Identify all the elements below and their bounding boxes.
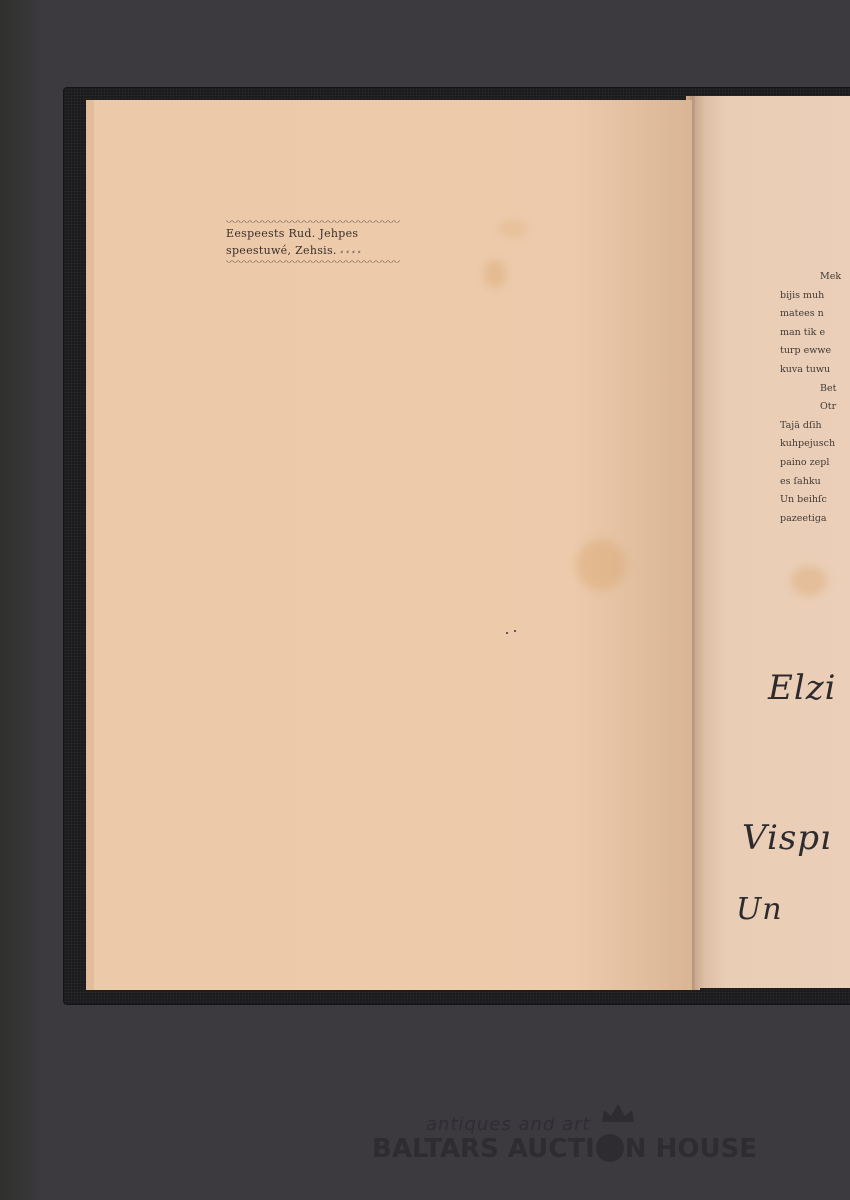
crown-icon (600, 1104, 636, 1122)
stain (791, 566, 827, 596)
print-line: kuhpejusch (780, 435, 850, 454)
imprint-line-1: Eespeests Rud. Jehpes (226, 225, 400, 242)
print-line: turp ewwe (780, 342, 850, 361)
print-line: es ſahku (780, 473, 850, 492)
print-line: Un beihſc (780, 491, 850, 510)
print-line: Tajā dſih (780, 417, 850, 436)
imprint-line-2: speestuwé, Zehsis. ⸗ ⸗ ⸗ ⸗ (226, 242, 400, 260)
stain (576, 540, 626, 590)
stain (484, 260, 506, 288)
print-line: bijis muh (780, 287, 850, 306)
brand-part-2: N HOUSE (625, 1134, 757, 1164)
auction-house-watermark: antiques and art BALTARS AUCTIN HOUSE (372, 1118, 772, 1168)
imprint-ornament: ⸗ ⸗ ⸗ ⸗ (341, 247, 361, 256)
stain (498, 220, 528, 238)
brand-o-badge (596, 1134, 624, 1162)
ornament-rule-top (226, 220, 400, 225)
print-line: Otr (780, 398, 850, 417)
print-line: pazeetiga (780, 510, 850, 529)
speck (514, 630, 516, 632)
background-edge (0, 0, 40, 1200)
right-page-print: Mek bijis muh matees n man tik e turp ew… (780, 268, 850, 528)
handwriting-line-3: Un (736, 892, 783, 927)
handwriting-line-1: Elzi (768, 668, 836, 708)
print-line: Bet (780, 380, 850, 399)
print-line: matees n (780, 305, 850, 324)
handwriting-line-2: Vispı (742, 818, 832, 858)
imprint-line-2-text: speestuwé, Zehsis. (226, 244, 337, 257)
watermark-brand: BALTARS AUCTIN HOUSE (372, 1134, 757, 1164)
ornament-rule-bottom (226, 260, 400, 265)
print-line: paino zepl (780, 454, 850, 473)
print-line: kuva tuwu (780, 361, 850, 380)
print-line: man tik e (780, 324, 850, 343)
print-line: Mek (780, 268, 850, 287)
brand-part-1: BALTARS AUCTI (372, 1134, 595, 1164)
printer-imprint: Eespeests Rud. Jehpes speestuwé, Zehsis.… (226, 220, 400, 265)
speck (506, 632, 508, 634)
watermark-tagline: antiques and art (426, 1114, 591, 1135)
